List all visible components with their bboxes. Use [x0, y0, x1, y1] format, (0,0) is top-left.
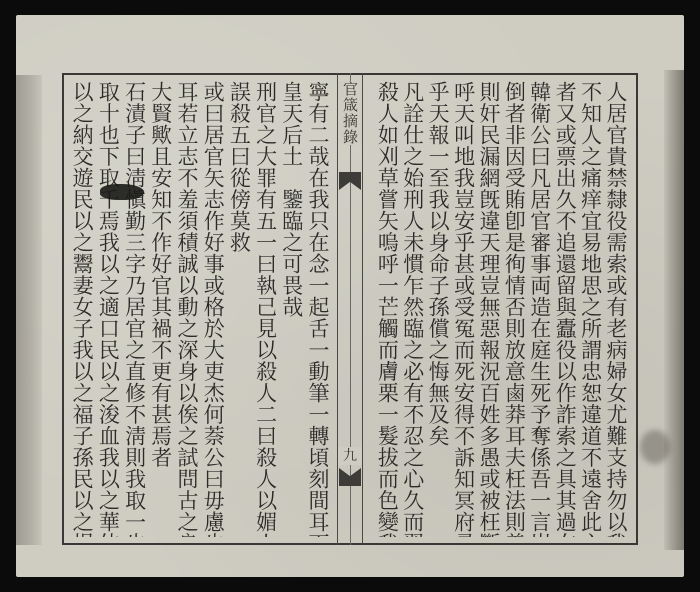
text-column: 寧有二哉在我只在念一起舌一動筆一轉頃刻間耳而人之生死判焉	[306, 81, 332, 537]
text-column: 則奸民漏網旣違天理豈無惡報況百姓多愚或被枉斷抱恨終身早夜	[478, 81, 503, 537]
text-column: 石漬子曰淸愼勤三字乃居官之直修不淸則我取一也下取百焉我	[122, 81, 148, 537]
text-column: 或曰居官矢志作好事或格於大吏杰何萘公曰毋慮也但慮矢志未堅	[201, 81, 227, 537]
text-column: 呼天叫地我豈安乎甚或受冤而死安得不訴知冥府尋我作對哉叉	[452, 81, 477, 537]
leaf-number: 九	[338, 447, 362, 465]
text-column: 刑官之大罪有五一曰執己見以殺人二曰殺人以媚人三曰受賄曲法四曰不明	[253, 81, 279, 537]
text-column: 誤殺五曰從傍莫救	[227, 81, 253, 537]
text-column: 耳若立志不羞須積誠以動之深身以俟之試問古之良吏所遇上官皆	[175, 81, 201, 537]
center-fold-block: 官箴摘錄 九	[337, 73, 363, 545]
text-column: 人居官貴禁隸役需索或有老病婦女尤難支持勿以我目所不見便	[605, 81, 630, 537]
text-column: 者又或票出久不追還留與蠹役以作詐索之具其過在官不可忽也	[554, 81, 579, 537]
book-title: 官箴摘錄	[338, 81, 362, 145]
right-page-edge-shadow	[664, 70, 684, 550]
text-column: 皇天后土 鑒臨之可畏哉	[280, 81, 306, 537]
text-column: 以之納交遊民以之鬻妻女子我以之福子孫民以之損田廬我以之逆歌	[70, 81, 96, 537]
right-page-text-block: 人居官貴禁隸役需索或有老病婦女尤難支持勿以我目所不見便 不知人之痛痒宜易地思之所…	[376, 81, 630, 537]
left-page-edge-shadow	[16, 75, 42, 545]
text-column: 取十也下取千焉我以之適口民以之浚血我以之華体民以之剝膚我	[96, 81, 122, 537]
ink-blot	[100, 184, 144, 200]
paper-stain	[640, 430, 670, 464]
text-column: 乎天報一至我以身命子孫償之悔無及矣	[427, 81, 452, 537]
text-column: 不知人之痛痒宜易地思之所謂忠恕違道不遠舍此六字未有無過	[579, 81, 604, 537]
text-column: 凡詮仕之始刑人未慣乍然臨之必有不忍之心久而習慣睢人如擊木石矣	[401, 81, 426, 537]
left-page-text-block: 寧有二哉在我只在念一起舌一動筆一轉頃刻間耳而人之生死判焉 皇天后土 鑒臨之可畏哉…	[70, 81, 332, 537]
text-column: 大賢歟且安知不作好官其禍不更有甚焉者	[149, 81, 175, 537]
text-column: 韓衛公曰凡居官審事両造在庭生死予奪係吾一言豈可輕忽凡曲直顛	[528, 81, 553, 537]
text-column: 倒者非因受賄卽是徇情否則放意鹵莽耳夫枉法則善類含冤徇情	[503, 81, 528, 537]
text-column: 殺人如刈草嘗矢嗚呼一芒觸而膚栗一髮拔而色變我身與他身痛苦	[376, 81, 401, 537]
